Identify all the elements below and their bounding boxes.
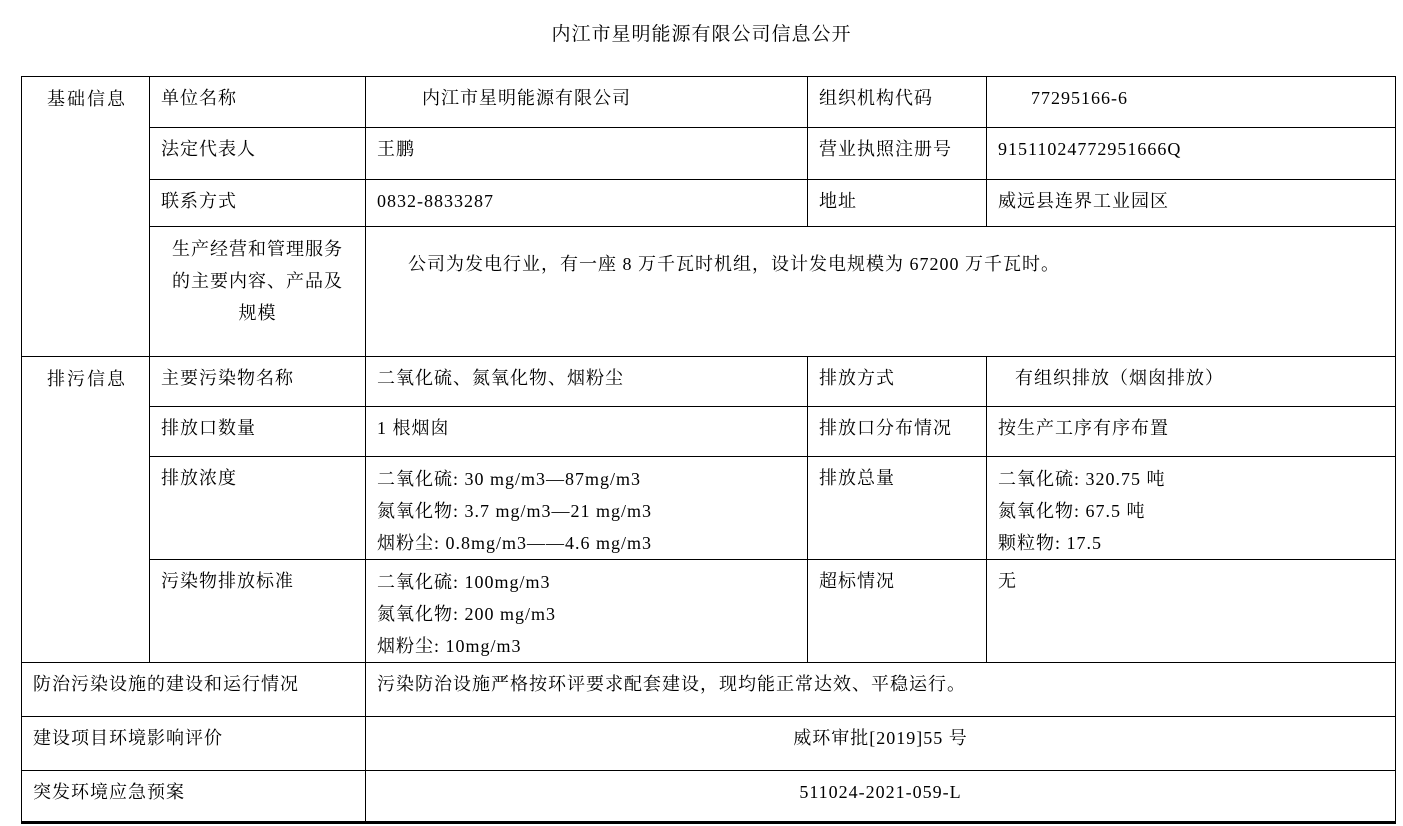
total-emission-value: 二氧化硫: 320.75 吨 氮氧化物: 67.5 吨 颗粒物: 17.5 <box>987 457 1396 560</box>
contact-label: 联系方式 <box>150 180 366 227</box>
address-label: 地址 <box>808 180 987 227</box>
facilities-label: 防治污染设施的建设和运行情况 <box>22 663 366 717</box>
discharge-method-value: 有组织排放（烟囱排放） <box>987 357 1396 407</box>
standard-value: 二氧化硫: 100mg/m3 氮氧化物: 200 mg/m3 烟粉尘: 10mg… <box>366 560 808 663</box>
eia-label: 建设项目环境影响评价 <box>22 717 366 771</box>
concentration-label: 排放浓度 <box>150 457 366 560</box>
standard-label: 污染物排放标准 <box>150 560 366 663</box>
pollutants-value: 二氧化硫、氮氧化物、烟粉尘 <box>366 357 808 407</box>
org-code-label: 组织机构代码 <box>808 77 987 128</box>
table-row: 法定代表人 王鹏 营业执照注册号 91511024772951666Q <box>22 128 1396 180</box>
table-row: 基础信息 单位名称 内江市星明能源有限公司 组织机构代码 77295166-6 <box>22 77 1396 128</box>
legal-rep-value: 王鹏 <box>366 128 808 180</box>
table-row: 联系方式 0832-8833287 地址 威远县连界工业园区 <box>22 180 1396 227</box>
table-row: 防治污染设施的建设和运行情况 污染防治设施严格按环评要求配套建设，现均能正常达效… <box>22 663 1396 717</box>
outlet-count-label: 排放口数量 <box>150 407 366 457</box>
contact-value: 0832-8833287 <box>366 180 808 227</box>
standard-line-so2: 二氧化硫: 100mg/m3 <box>377 566 799 598</box>
license-no-value: 91511024772951666Q <box>987 128 1396 180</box>
table-row: 排放浓度 二氧化硫: 30 mg/m3—87mg/m3 氮氧化物: 3.7 mg… <box>22 457 1396 560</box>
group-label-basic-info: 基础信息 <box>22 77 150 357</box>
concentration-line-dust: 烟粉尘: 0.8mg/m3——4.6 mg/m3 <box>377 527 799 559</box>
emergency-plan-value: 511024-2021-059-L <box>366 771 1396 823</box>
exceed-label: 超标情况 <box>808 560 987 663</box>
business-scope-value: 公司为发电行业，有一座 8 万千瓦时机组，设计发电规模为 67200 万千瓦时。 <box>366 227 1396 357</box>
outlet-layout-value: 按生产工序有序布置 <box>987 407 1396 457</box>
page-title: 内江市星明能源有限公司信息公开 <box>0 22 1403 48</box>
facilities-value: 污染防治设施严格按环评要求配套建设，现均能正常达效、平稳运行。 <box>366 663 1396 717</box>
table-row: 生产经营和管理服务的主要内容、产品及规模 公司为发电行业，有一座 8 万千瓦时机… <box>22 227 1396 357</box>
total-line-nox: 氮氧化物: 67.5 吨 <box>998 495 1387 527</box>
table-row: 排放口数量 1 根烟囱 排放口分布情况 按生产工序有序布置 <box>22 407 1396 457</box>
table-row: 突发环境应急预案 511024-2021-059-L <box>22 771 1396 823</box>
concentration-value: 二氧化硫: 30 mg/m3—87mg/m3 氮氧化物: 3.7 mg/m3—2… <box>366 457 808 560</box>
document-page: 内江市星明能源有限公司信息公开 基础信息 单位名称 内江市星明能源有限公司 组织… <box>0 0 1403 826</box>
total-line-particulate: 颗粒物: 17.5 <box>998 527 1387 559</box>
legal-rep-label: 法定代表人 <box>150 128 366 180</box>
table-row: 排污信息 主要污染物名称 二氧化硫、氮氧化物、烟粉尘 排放方式 有组织排放（烟囱… <box>22 357 1396 407</box>
standard-line-dust: 烟粉尘: 10mg/m3 <box>377 630 799 662</box>
table-row: 污染物排放标准 二氧化硫: 100mg/m3 氮氧化物: 200 mg/m3 烟… <box>22 560 1396 663</box>
exceed-value: 无 <box>987 560 1396 663</box>
unit-name-label: 单位名称 <box>150 77 366 128</box>
outlet-count-value: 1 根烟囱 <box>366 407 808 457</box>
emergency-plan-label: 突发环境应急预案 <box>22 771 366 823</box>
standard-line-nox: 氮氧化物: 200 mg/m3 <box>377 598 799 630</box>
pollutants-label: 主要污染物名称 <box>150 357 366 407</box>
license-no-label: 营业执照注册号 <box>808 128 987 180</box>
total-line-so2: 二氧化硫: 320.75 吨 <box>998 463 1387 495</box>
table-row: 建设项目环境影响评价 威环审批[2019]55 号 <box>22 717 1396 771</box>
info-disclosure-table: 基础信息 单位名称 内江市星明能源有限公司 组织机构代码 77295166-6 … <box>21 76 1396 824</box>
unit-name-value: 内江市星明能源有限公司 <box>366 77 808 128</box>
concentration-line-so2: 二氧化硫: 30 mg/m3—87mg/m3 <box>377 463 799 495</box>
total-emission-label: 排放总量 <box>808 457 987 560</box>
eia-value: 威环审批[2019]55 号 <box>366 717 1396 771</box>
address-value: 威远县连界工业园区 <box>987 180 1396 227</box>
concentration-line-nox: 氮氧化物: 3.7 mg/m3—21 mg/m3 <box>377 495 799 527</box>
group-label-emission-info: 排污信息 <box>22 357 150 663</box>
business-scope-label: 生产经营和管理服务的主要内容、产品及规模 <box>150 227 366 357</box>
outlet-layout-label: 排放口分布情况 <box>808 407 987 457</box>
org-code-value: 77295166-6 <box>987 77 1396 128</box>
discharge-method-label: 排放方式 <box>808 357 987 407</box>
